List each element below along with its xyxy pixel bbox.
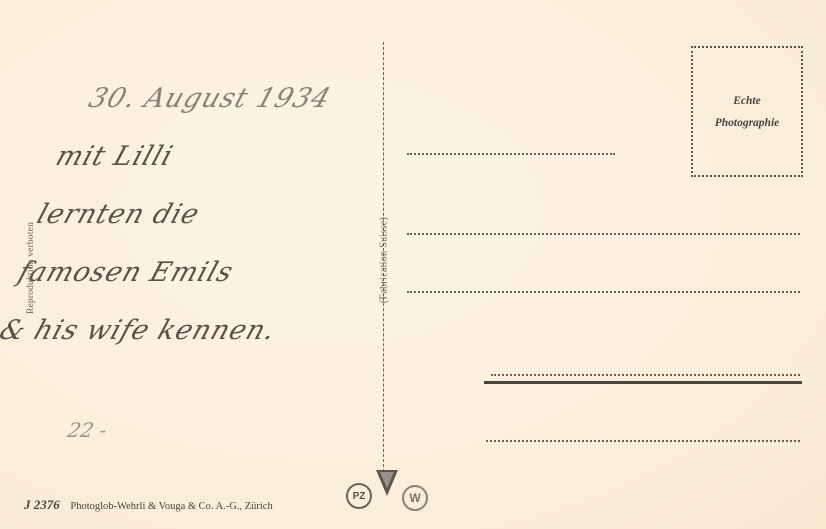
address-line bbox=[407, 233, 800, 235]
address-line bbox=[407, 291, 800, 293]
stamp-box-line1: Echte bbox=[733, 90, 760, 112]
stamp-box: Echte Photographie bbox=[691, 46, 803, 177]
message-line-date: 30. August 1934 bbox=[80, 70, 425, 128]
postcard-back: 30. August 1934 mit Lilli lernten die fa… bbox=[0, 0, 826, 529]
card-number: J 2376 bbox=[24, 497, 60, 512]
publisher-footer: J 2376 Photoglob-Wehrli & Vouga & Co. A.… bbox=[24, 497, 273, 513]
reproduction-notice: Reproduktion verboten bbox=[26, 222, 36, 314]
pz-logo-icon: PZ bbox=[346, 483, 372, 509]
w-logo-icon: W bbox=[402, 485, 428, 511]
v-triangle-inner bbox=[380, 472, 394, 488]
handwritten-message: 30. August 1934 mit Lilli lernten die fa… bbox=[0, 70, 425, 360]
address-underline bbox=[484, 381, 802, 384]
stamp-box-line2: Photographie bbox=[715, 112, 780, 134]
pencil-price-note: 22 - bbox=[65, 418, 109, 442]
publisher-name: Photoglob-Wehrli & Vouga & Co. A.-G., Zü… bbox=[70, 501, 272, 512]
message-line: & his wife kennen. bbox=[0, 302, 350, 360]
fabrication-label: (Fabrication Suisse) bbox=[379, 217, 390, 303]
message-line: mit Lilli bbox=[47, 128, 406, 186]
message-line: lernten die bbox=[29, 186, 388, 244]
message-line: famosen Emils bbox=[10, 244, 369, 302]
address-line bbox=[407, 153, 615, 155]
address-line bbox=[491, 374, 800, 376]
address-line bbox=[486, 440, 800, 442]
